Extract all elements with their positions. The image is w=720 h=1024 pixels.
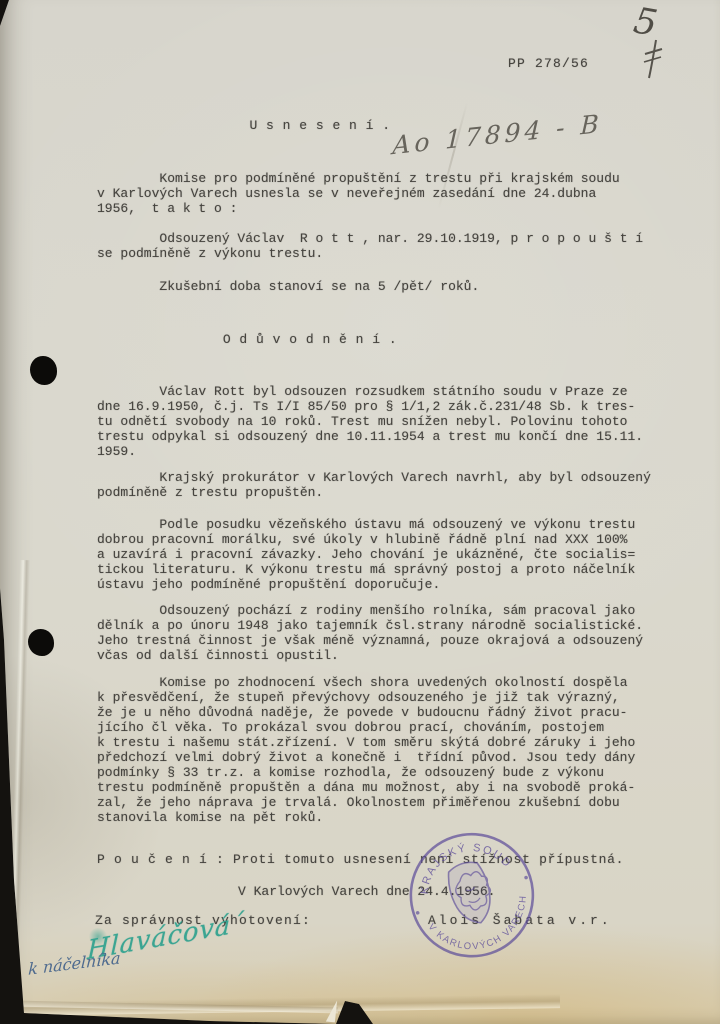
paragraph-intro: Komise pro podmíněné propuštění z trestu…: [97, 171, 657, 216]
paragraph-decision: Odsouzený Václav R o t t , nar. 29.10.19…: [97, 231, 657, 261]
corner-tear-highlight: [326, 1000, 337, 1023]
handwritten-tally-mark: [642, 38, 666, 80]
instruction-line: P o u č e n í : Proti tomuto usnesení ne…: [97, 852, 657, 867]
reasoning-heading: O d ů v o d n ě n í .: [0, 332, 620, 347]
handwritten-note: k náčelníka: [28, 948, 121, 979]
stamp-dot-left: [415, 911, 420, 916]
paragraph-conclusion: Komise po zhodnocení všech shora uvedený…: [97, 675, 657, 825]
bottom-edge-highlight: [18, 1001, 338, 1014]
paragraph-prison-report: Podle posudku vězeňského ústavu má odsou…: [97, 517, 657, 592]
reference-number: PP 278/56: [508, 56, 720, 71]
scanner-background: { "page": { "background": "#14120f", "pa…: [0, 0, 720, 1024]
paragraph-prosecutor: Krajský prokurátor v Karlových Varech na…: [97, 470, 657, 500]
bottom-fold-line: [0, 994, 560, 1016]
court-stamp: KRAJSKÝ SOUD V KARLOVÝCH VARECH: [387, 810, 557, 980]
paragraph-verdict-history: Václav Rott byl odsouzen rozsudkem státn…: [97, 384, 657, 459]
paragraph-probation: Zkušební doba stanoví se na 5 /pět/ roků…: [97, 279, 657, 294]
court-stamp-svg: KRAJSKÝ SOUD V KARLOVÝCH VARECH: [387, 810, 557, 980]
crease-left-vertical: [8, 560, 30, 1020]
hole-punch-bottom: [28, 629, 54, 656]
hole-punch-top: [30, 356, 57, 385]
stamp-lion-emblem: [443, 858, 499, 929]
handwritten-file-number: Ao 17894 - B: [392, 109, 603, 160]
stamp-dot-right: [524, 875, 529, 880]
paper-sheet: PP 278/56 U s n e s e n í . Komise pro p…: [0, 0, 720, 1024]
paragraph-background: Odsouzený pochází z rodiny menšího rolní…: [97, 603, 657, 663]
